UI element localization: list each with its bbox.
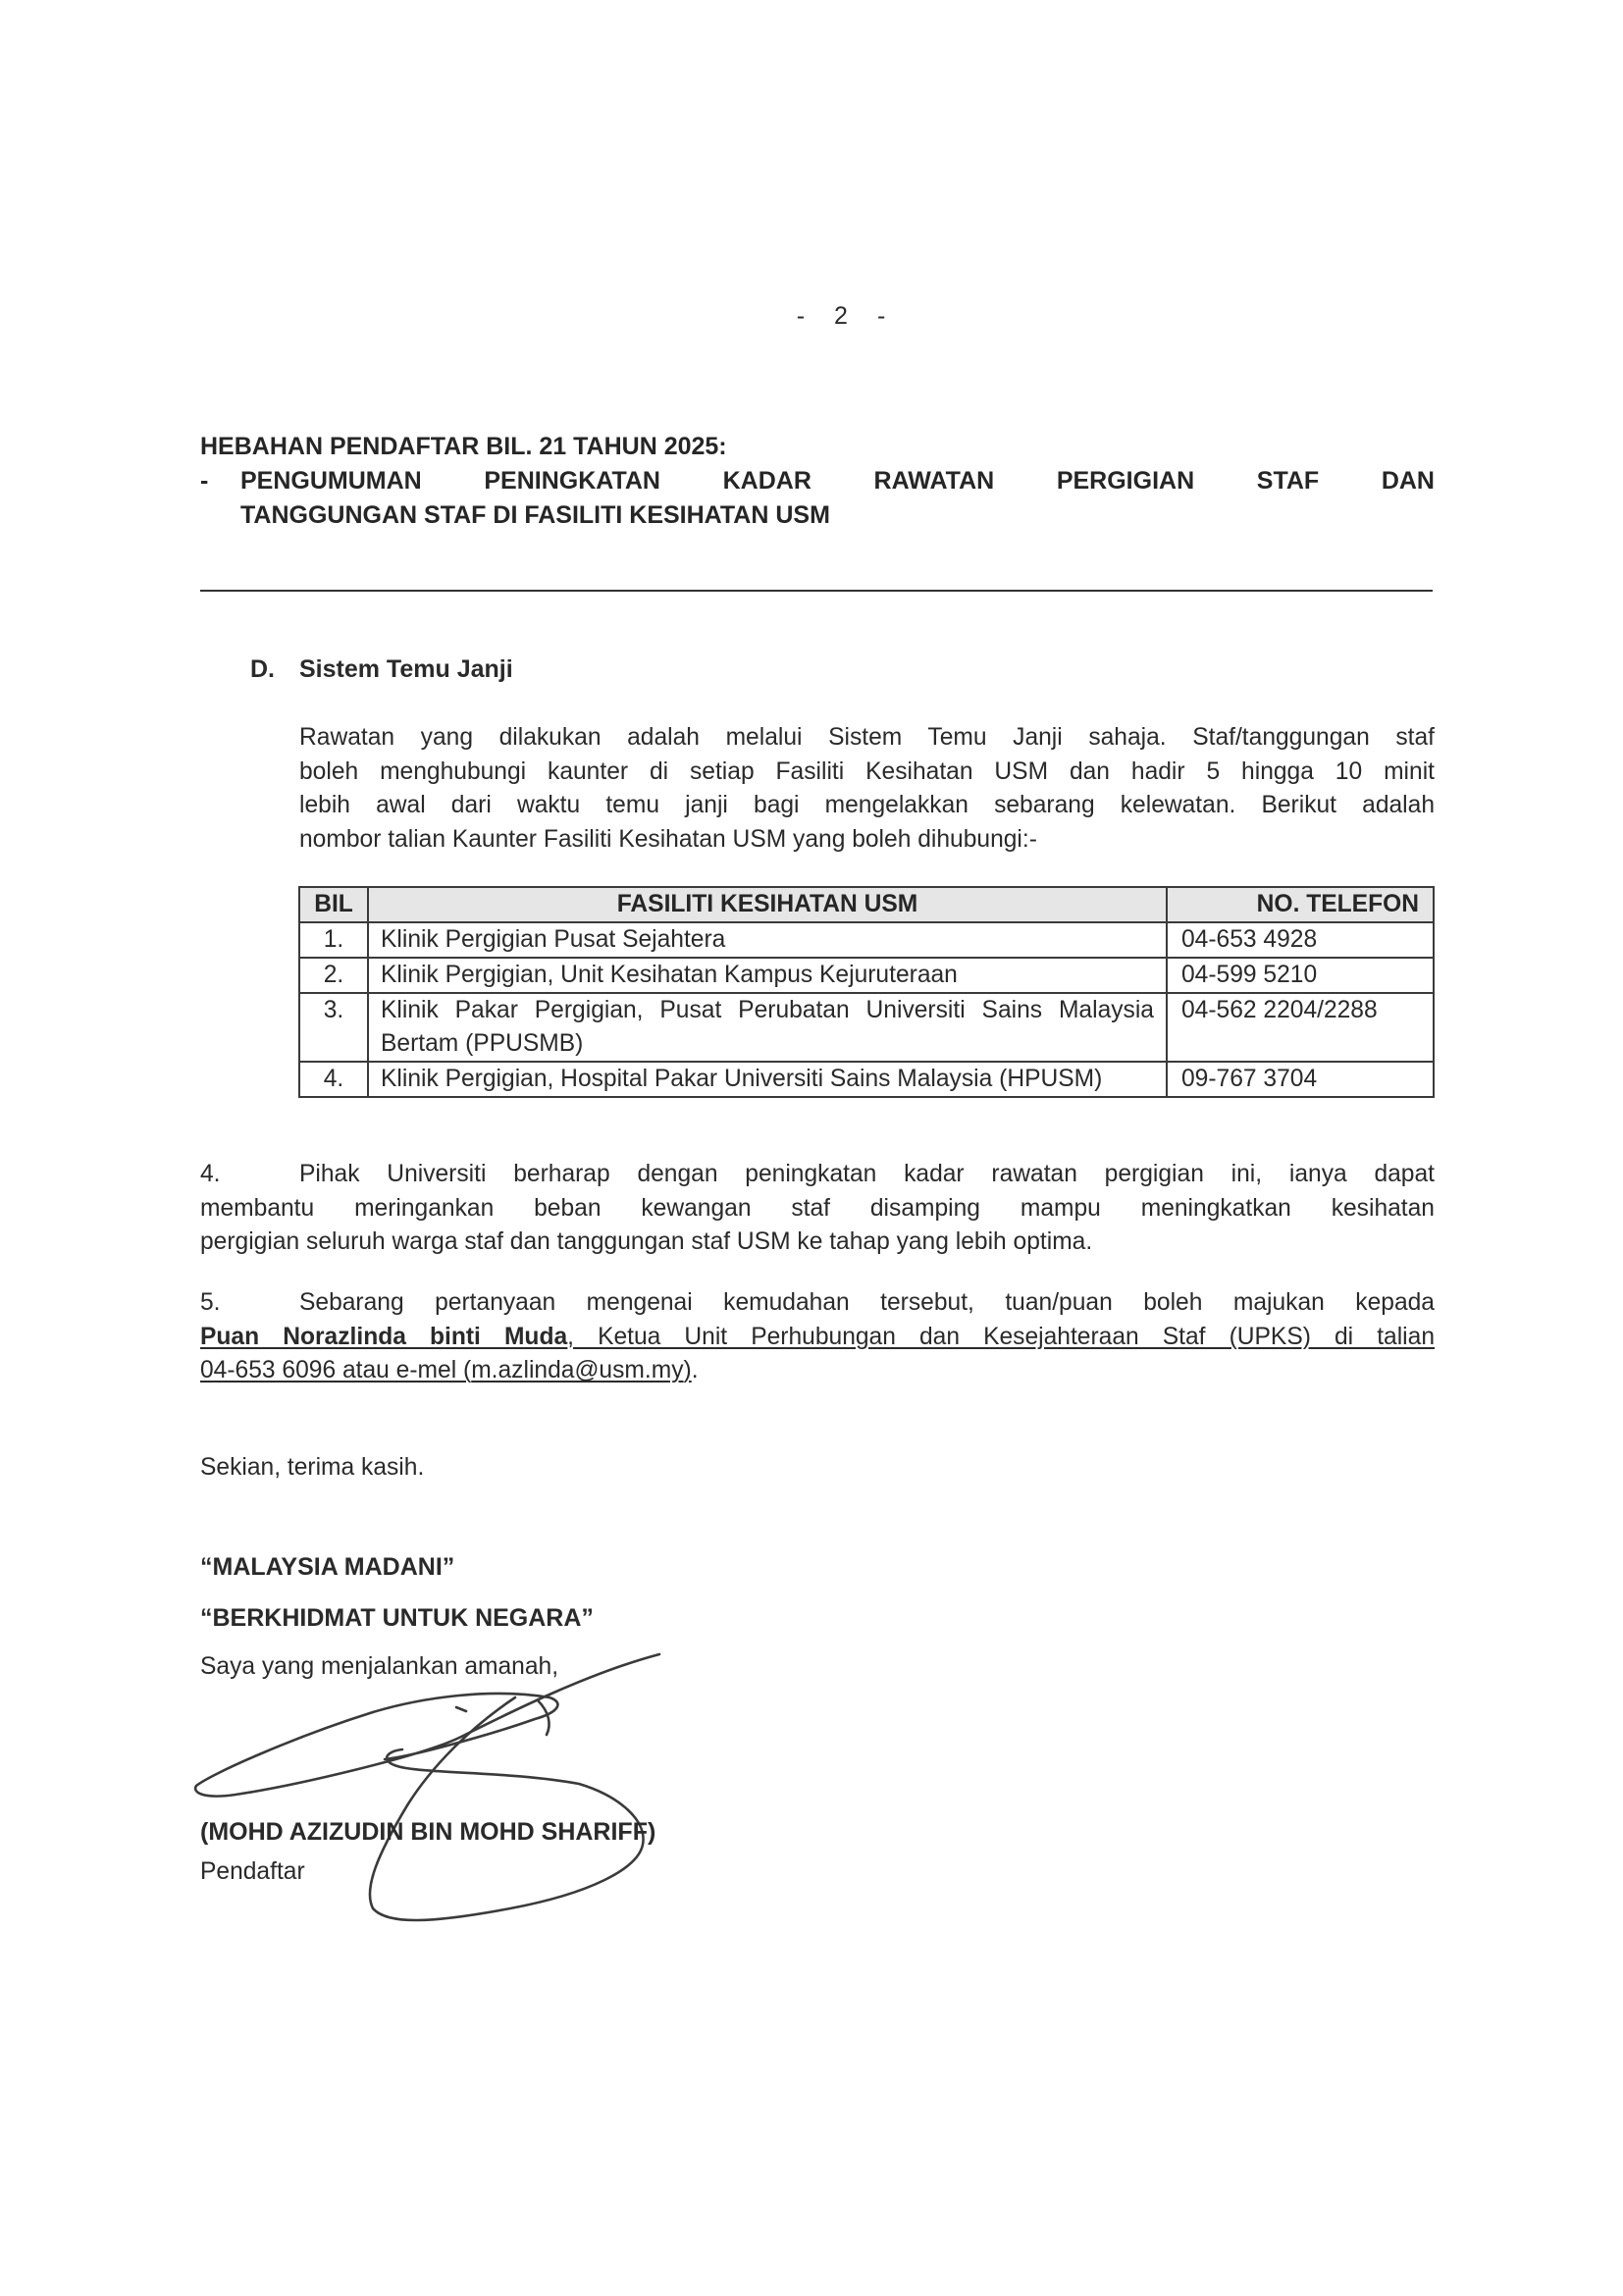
facility-phone: 09-767 3704 [1167,1062,1434,1097]
table-row: 4. Klinik Pergigian, Hospital Pakar Univ… [299,1062,1434,1097]
paragraph-5: 5.Sebarang pertanyaan mengenai kemudahan… [200,1286,1435,1388]
facility-name: Klinik Pergigian Pusat Sejahtera [368,922,1167,958]
section-letter: D. [250,655,299,684]
facility-name: Klinik Pergigian, Hospital Pakar Univers… [368,1062,1167,1097]
paragraph-number: 4. [200,1158,299,1192]
subject-bullet: - [200,464,240,533]
signatory-name: (MOHD AZIZUDIN BIN MOHD SHARIFF) [200,1818,655,1847]
column-header-bil: BIL [299,887,368,922]
table-row: 3. Klinik Pakar Pergigian, Pusat Perubat… [299,993,1434,1062]
row-number: 3. [299,993,368,1062]
paragraph-line: nombor talian Kaunter Fasiliti Kesihatan… [299,823,1435,858]
column-header-phone: NO. TELEFON [1167,887,1434,922]
section-title: Sistem Temu Janji [299,655,513,683]
trust-line: Saya yang menjalankan amanah, [200,1653,558,1681]
paragraph-4: 4.Pihak Universiti berharap dengan penin… [200,1158,1435,1260]
contact-person-name: Puan Norazlinda binti Muda [200,1324,567,1350]
signature-icon [0,0,1623,2296]
table-row: 1. Klinik Pergigian Pusat Sejahtera 04-6… [299,922,1434,958]
closing-remark: Sekian, terima kasih. [200,1454,424,1482]
paragraph-line: Sebarang pertanyaan mengenai kemudahan t… [299,1289,1435,1316]
header-divider [200,590,1433,592]
paragraph-line: lebih awal dari waktu temu janji bagi me… [299,789,1435,823]
row-number: 4. [299,1062,368,1097]
motto-malaysia-madani: “MALAYSIA MADANI” [200,1553,454,1582]
subject-line-2: TANGGUNGAN STAF DI FASILITI KESIHATAN US… [240,498,1435,533]
signatory-title: Pendaftar [200,1858,305,1886]
paragraph-line: Pihak Universiti berharap dengan peningk… [299,1161,1435,1187]
section-d-paragraph: Rawatan yang dilakukan adalah melalui Si… [299,721,1435,857]
facility-phone: 04-653 4928 [1167,922,1434,958]
paragraph-line: boleh menghubungi kaunter di setiap Fasi… [299,756,1435,790]
announcement-reference: HEBAHAN PENDAFTAR BIL. 21 TAHUN 2025: [200,430,1435,464]
document-header: HEBAHAN PENDAFTAR BIL. 21 TAHUN 2025: - … [200,430,1435,533]
section-d-heading: D.Sistem Temu Janji [250,655,513,684]
facility-phone: 04-599 5210 [1167,958,1434,993]
paragraph-line: membantu meringankan beban kewangan staf… [200,1192,1435,1226]
column-header-facility: FASILITI KESIHATAN USM [368,887,1167,922]
contact-email-link[interactable]: m.azlinda@usm.my [471,1357,683,1383]
motto-berkhidmat: “BERKHIDMAT UNTUK NEGARA” [200,1604,594,1633]
paragraph-line: Rawatan yang dilakukan adalah melalui Si… [299,721,1435,756]
subject-line-1: PENGUMUMAN PENINGKATAN KADAR RAWATAN PER… [240,464,1435,498]
facility-name: Klinik Pergigian, Unit Kesihatan Kampus … [368,958,1167,993]
table-header-row: BIL FASILITI KESIHATAN USM NO. TELEFON [299,887,1434,922]
contact-phone-line: 04-653 6096 atau e-mel ( [200,1357,471,1383]
closing-paren: ) [684,1357,692,1383]
row-number: 2. [299,958,368,993]
page-number: -2- [0,302,1623,331]
end-punctuation: . [692,1357,699,1383]
facility-phone: 04-562 2204/2288 [1167,993,1434,1062]
facilities-table: BIL FASILITI KESIHATAN USM NO. TELEFON 1… [298,886,1435,1098]
paragraph-line: pergigian seluruh warga staf dan tanggun… [200,1226,1435,1260]
contact-role: , Ketua Unit Perhubungan dan Kesejahtera… [567,1324,1435,1350]
facility-name: Klinik Pakar Pergigian, Pusat Perubatan … [368,993,1167,1062]
row-number: 1. [299,922,368,958]
paragraph-number: 5. [200,1286,299,1321]
table-row: 2. Klinik Pergigian, Unit Kesihatan Kamp… [299,958,1434,993]
